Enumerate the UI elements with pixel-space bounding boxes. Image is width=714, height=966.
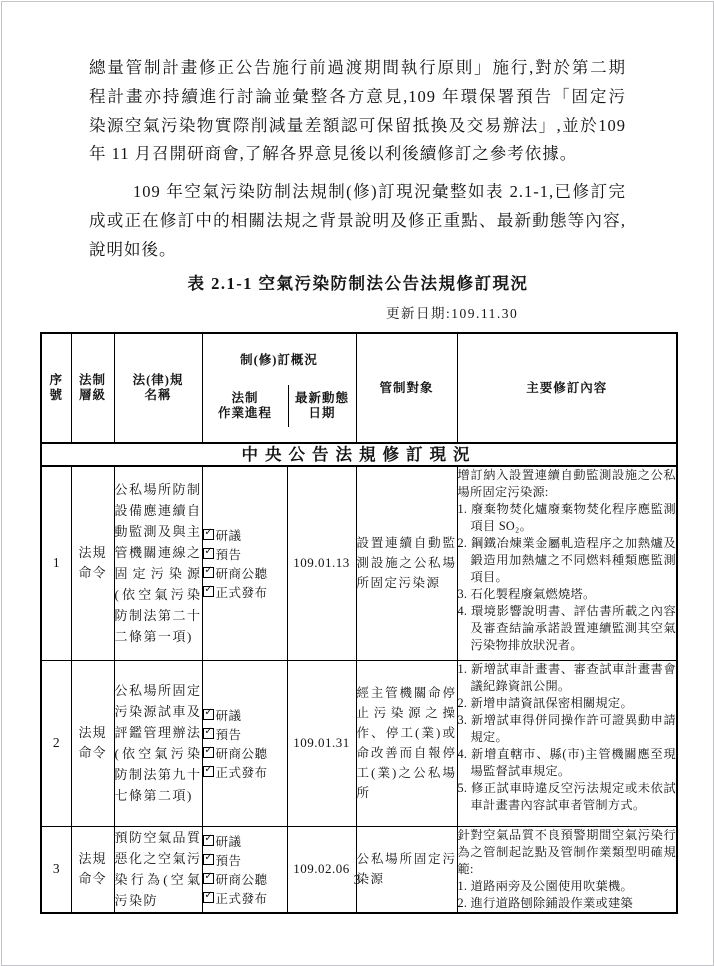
target-cell: 公私場所固定污染源 bbox=[356, 826, 457, 913]
seq-cell: 1 bbox=[41, 466, 71, 660]
paragraph-line: 總量管制計畫修正公告施行前過渡期間執行原則」施行,對於第二期 bbox=[89, 54, 626, 83]
content-item: 1. 廢棄物焚化爐廢棄物焚化程序應監測項目 SO₂。 bbox=[458, 501, 677, 535]
progress-label: 研議 bbox=[216, 526, 242, 544]
header-seq: 序 號 bbox=[41, 333, 71, 443]
progress-label: 正式發布 bbox=[216, 763, 268, 781]
target-cell: 設置連續自動監測設施之公私場所固定污染源 bbox=[356, 466, 457, 660]
table-row-1: 1 法規 命令 公私場所防制設備應連續自動監測及與主管機關連線之固定污染源(依空… bbox=[41, 466, 677, 660]
section-header-row: 中央公告法規修訂現況 bbox=[41, 443, 677, 466]
law-revision-table: 序 號 法制 層級 法(律)規 名稱 制(修)訂概況 法制 作業進程 最新動態 … bbox=[40, 332, 678, 914]
scanned-document-page: { "body": { "paragraph1_lines": [ "總量管制計… bbox=[0, 0, 714, 966]
header-legal-progress: 法制 作業進程 bbox=[203, 385, 288, 427]
checkbox-checked-icon: ✓ bbox=[203, 529, 214, 540]
progress-label: 預告 bbox=[216, 545, 242, 563]
progress-item: ✓預告 bbox=[203, 544, 287, 563]
content-item: 3. 石化製程廢氣燃燒塔。 bbox=[458, 586, 677, 603]
content-cell: 增訂納入設置連續自動監測設施之公私場所固定污染源: 1. 廢棄物焚化爐廢棄物焚化… bbox=[457, 466, 677, 660]
content-item: 1. 新增試車計畫書、審查試車計畫書會議紀錄資訊公開。 bbox=[458, 661, 677, 695]
progress-item: ✓預告 bbox=[203, 850, 287, 869]
header-revision-overview: 制(修)訂概況 bbox=[203, 349, 356, 370]
header-regulated-target: 管制對象 bbox=[356, 333, 457, 443]
paragraph-line: 程計畫亦持續進行討論並彙整各方意見,109 年環保署預告「固定污 bbox=[89, 83, 626, 112]
progress-label: 正式發布 bbox=[216, 583, 268, 601]
law-name-cell: 公私場所固定污染源試車及評鑑管理辦法(依空氣污染防制法第九十七條第二項) bbox=[114, 660, 202, 826]
page-number: 3 bbox=[0, 872, 714, 888]
header-latest-date: 最新動態 日期 bbox=[288, 385, 356, 427]
progress-cell: ✓研議 ✓預告 ✓研商公聽 ✓正式發布 bbox=[202, 826, 287, 913]
header-main-content: 主要修訂內容 bbox=[457, 333, 677, 443]
seq-cell: 3 bbox=[41, 826, 71, 913]
header-revision-overview-group: 制(修)訂概況 法制 作業進程 最新動態 日期 bbox=[202, 333, 356, 443]
update-date: 更新日期:109.11.30 bbox=[386, 302, 518, 322]
latest-date-cell: 109.02.06 bbox=[287, 826, 356, 913]
content-item: 5. 修正試車時違反空污法規定或未依試車計畫書內容試車者管制方式。 bbox=[458, 780, 677, 814]
checkbox-checked-icon: ✓ bbox=[203, 709, 214, 720]
paragraph-line: 說明如後。 bbox=[89, 236, 626, 265]
header-law-name: 法(律)規 名稱 bbox=[114, 333, 202, 443]
progress-item: ✓研議 bbox=[203, 831, 287, 850]
latest-date-cell: 109.01.31 bbox=[287, 660, 356, 826]
content-cell: 1. 新增試車計畫書、審查試車計畫書會議紀錄資訊公開。 2. 新增申請資訊保密相… bbox=[457, 660, 677, 826]
progress-item: ✓研商公聽 bbox=[203, 743, 287, 762]
content-item: 4. 環境影響說明書、評估書所載之內容及審查結論承諾設置連續監測其空氣污染物排放… bbox=[458, 603, 677, 654]
content-item: 2. 鋼鐵冶煉業金屬軋造程序之加熱爐及鍛造用加熱爐之不同燃料種類應監測項目。 bbox=[458, 535, 677, 586]
paragraph-line: 染源空氣污染物實際削減量差額認可保留抵換及交易辦法」,並於109 bbox=[89, 112, 626, 141]
progress-item: ✓正式發布 bbox=[203, 888, 287, 907]
progress-item: ✓研議 bbox=[203, 525, 287, 544]
content-cell: 針對空氣品質不良預警期間空氣污染行為之管制起訖點及管制作業類型明確規範: 1. … bbox=[457, 826, 677, 913]
checkbox-checked-icon: ✓ bbox=[203, 854, 214, 865]
progress-item: ✓正式發布 bbox=[203, 762, 287, 781]
seq-cell: 2 bbox=[41, 660, 71, 826]
header-level: 法制 層級 bbox=[71, 333, 114, 443]
progress-item: ✓正式發布 bbox=[203, 582, 287, 601]
checkbox-checked-icon: ✓ bbox=[203, 567, 214, 578]
content-intro: 增訂納入設置連續自動監測設施之公私場所固定污染源: bbox=[458, 467, 677, 501]
paragraph-2: 109 年空氣污染防制法規制(修)訂現況彙整如表 2.1-1,已修訂完 成或正在… bbox=[89, 178, 626, 264]
progress-label: 正式發布 bbox=[216, 889, 268, 907]
law-name-cell: 預防空氣品質惡化之空氣污染行為(空氣污染防 bbox=[114, 826, 202, 913]
progress-label: 研議 bbox=[216, 832, 242, 850]
paragraph-1: 總量管制計畫修正公告施行前過渡期間執行原則」施行,對於第二期 程計畫亦持續進行討… bbox=[89, 54, 626, 169]
progress-label: 研議 bbox=[216, 706, 242, 724]
checkbox-checked-icon: ✓ bbox=[203, 766, 214, 777]
content-item: 2. 新增申請資訊保密相關規定。 bbox=[458, 695, 677, 712]
progress-label: 研商公聽 bbox=[216, 744, 268, 762]
level-cell: 法規 命令 bbox=[71, 826, 114, 913]
checkbox-checked-icon: ✓ bbox=[203, 835, 214, 846]
content-item: 3. 新增試車得併同操作許可證異動申請規定。 bbox=[458, 712, 677, 746]
progress-label: 預告 bbox=[216, 725, 242, 743]
section-title: 中央公告法規修訂現況 bbox=[41, 443, 677, 466]
progress-cell: ✓研議 ✓預告 ✓研商公聽 ✓正式發布 bbox=[202, 660, 287, 826]
table-row-2: 2 法規 命令 公私場所固定污染源試車及評鑑管理辦法(依空氣污染防制法第九十七條… bbox=[41, 660, 677, 826]
paragraph-line: 成或正在修訂中的相關法規之背景說明及修正重點、最新動態等內容, bbox=[89, 207, 626, 236]
content-item: 2. 進行道路刨除鋪設作業或建築 bbox=[458, 895, 677, 912]
progress-label: 預告 bbox=[216, 851, 242, 869]
progress-item: ✓研議 bbox=[203, 705, 287, 724]
checkbox-checked-icon: ✓ bbox=[203, 586, 214, 597]
checkbox-checked-icon: ✓ bbox=[203, 728, 214, 739]
table-title: 表 2.1-1 空氣污染防制法公告法規修訂現況 bbox=[40, 270, 676, 294]
level-cell: 法規 命令 bbox=[71, 660, 114, 826]
law-name-cell: 公私場所防制設備應連續自動監測及與主管機關連線之固定污染源(依空氣污染防制法第二… bbox=[114, 466, 202, 660]
checkbox-checked-icon: ✓ bbox=[203, 548, 214, 559]
progress-item: ✓研商公聽 bbox=[203, 563, 287, 582]
table-header-row: 序 號 法制 層級 法(律)規 名稱 制(修)訂概況 法制 作業進程 最新動態 … bbox=[41, 333, 677, 443]
progress-label: 研商公聽 bbox=[216, 564, 268, 582]
progress-cell: ✓研議 ✓預告 ✓研商公聽 ✓正式發布 bbox=[202, 466, 287, 660]
content-intro: 針對空氣品質不良預警期間空氣污染行為之管制起訖點及管制作業類型明確規範: bbox=[458, 827, 677, 878]
target-cell: 經主管機關命停止污染源之操作、停工(業)或命改善而自報停工(業)之公私場所 bbox=[356, 660, 457, 826]
content-item: 4. 新增直轄市、縣(市)主管機關應至現場監督試車規定。 bbox=[458, 746, 677, 780]
checkbox-checked-icon: ✓ bbox=[203, 747, 214, 758]
progress-item: ✓預告 bbox=[203, 724, 287, 743]
paragraph-line: 109 年空氣污染防制法規制(修)訂現況彙整如表 2.1-1,已修訂完 bbox=[89, 178, 626, 207]
level-cell: 法規 命令 bbox=[71, 466, 114, 660]
checkbox-checked-icon: ✓ bbox=[203, 892, 214, 903]
latest-date-cell: 109.01.13 bbox=[287, 466, 356, 660]
table-row-3: 3 法規 命令 預防空氣品質惡化之空氣污染行為(空氣污染防 ✓研議 ✓預告 ✓研… bbox=[41, 826, 677, 913]
paragraph-line: 年 11 月召開研商會,了解各界意見後以利後續修訂之參考依據。 bbox=[89, 140, 626, 169]
